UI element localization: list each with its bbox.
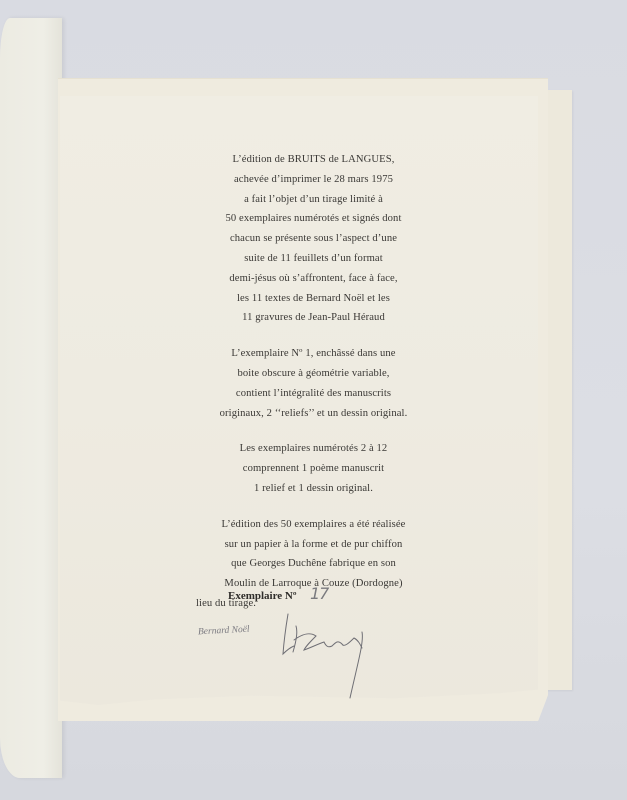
text-line: sur un papier à la forme et de pur chiff… [0, 535, 627, 555]
text-line: suite de 11 feuillets d’un format [0, 249, 627, 269]
text-line: achevée d’imprimer le 28 mars 1975 [0, 170, 627, 190]
text-line: contient l’intégralité des manuscrits [0, 384, 627, 404]
text-line: originaux, 2 ‘‘reliefs’’ et un dessin or… [0, 404, 627, 424]
text-line: les 11 textes de Bernard Noël et les [0, 289, 627, 309]
signature-heraud [280, 612, 390, 702]
text-line: demi-jésus où s’affrontent, face à face, [0, 269, 627, 289]
text-line: 11 gravures de Jean-Paul Héraud [0, 308, 627, 328]
copy-label: Exemplaire Nº [228, 590, 297, 602]
text-line: L’édition de BRUITS de LANGUES, [0, 150, 627, 170]
text-line: 50 exemplaires numérotés et signés dont [0, 209, 627, 229]
text-line: 1 relief et 1 dessin original. [0, 479, 627, 499]
text-line: Les exemplaires numérotés 2 à 12 [0, 439, 627, 459]
text-line: L’édition des 50 exemplaires a été réali… [0, 515, 627, 535]
paragraph-edition: L’édition de BRUITS de LANGUES, achevée … [0, 150, 627, 328]
paragraph-copy-one: L’exemplaire Nº 1, enchâssé dans une boi… [0, 344, 627, 423]
text-line: a fait l’objet d’un tirage limité à [0, 190, 627, 210]
text-line: L’exemplaire Nº 1, enchâssé dans une [0, 344, 627, 364]
text-line: que Georges Duchêne fabrique en son [0, 554, 627, 574]
text-line: comprennent 1 poème manuscrit [0, 459, 627, 479]
text-line: chacun se présente sous l’aspect d’une [0, 229, 627, 249]
colophon-text: L’édition de BRUITS de LANGUES, achevée … [0, 150, 627, 630]
paragraph-copies-2-12: Les exemplaires numérotés 2 à 12 compren… [0, 439, 627, 498]
copy-number-handwritten: 17 [310, 584, 328, 603]
text-line: boite obscure à géométrie variable, [0, 364, 627, 384]
